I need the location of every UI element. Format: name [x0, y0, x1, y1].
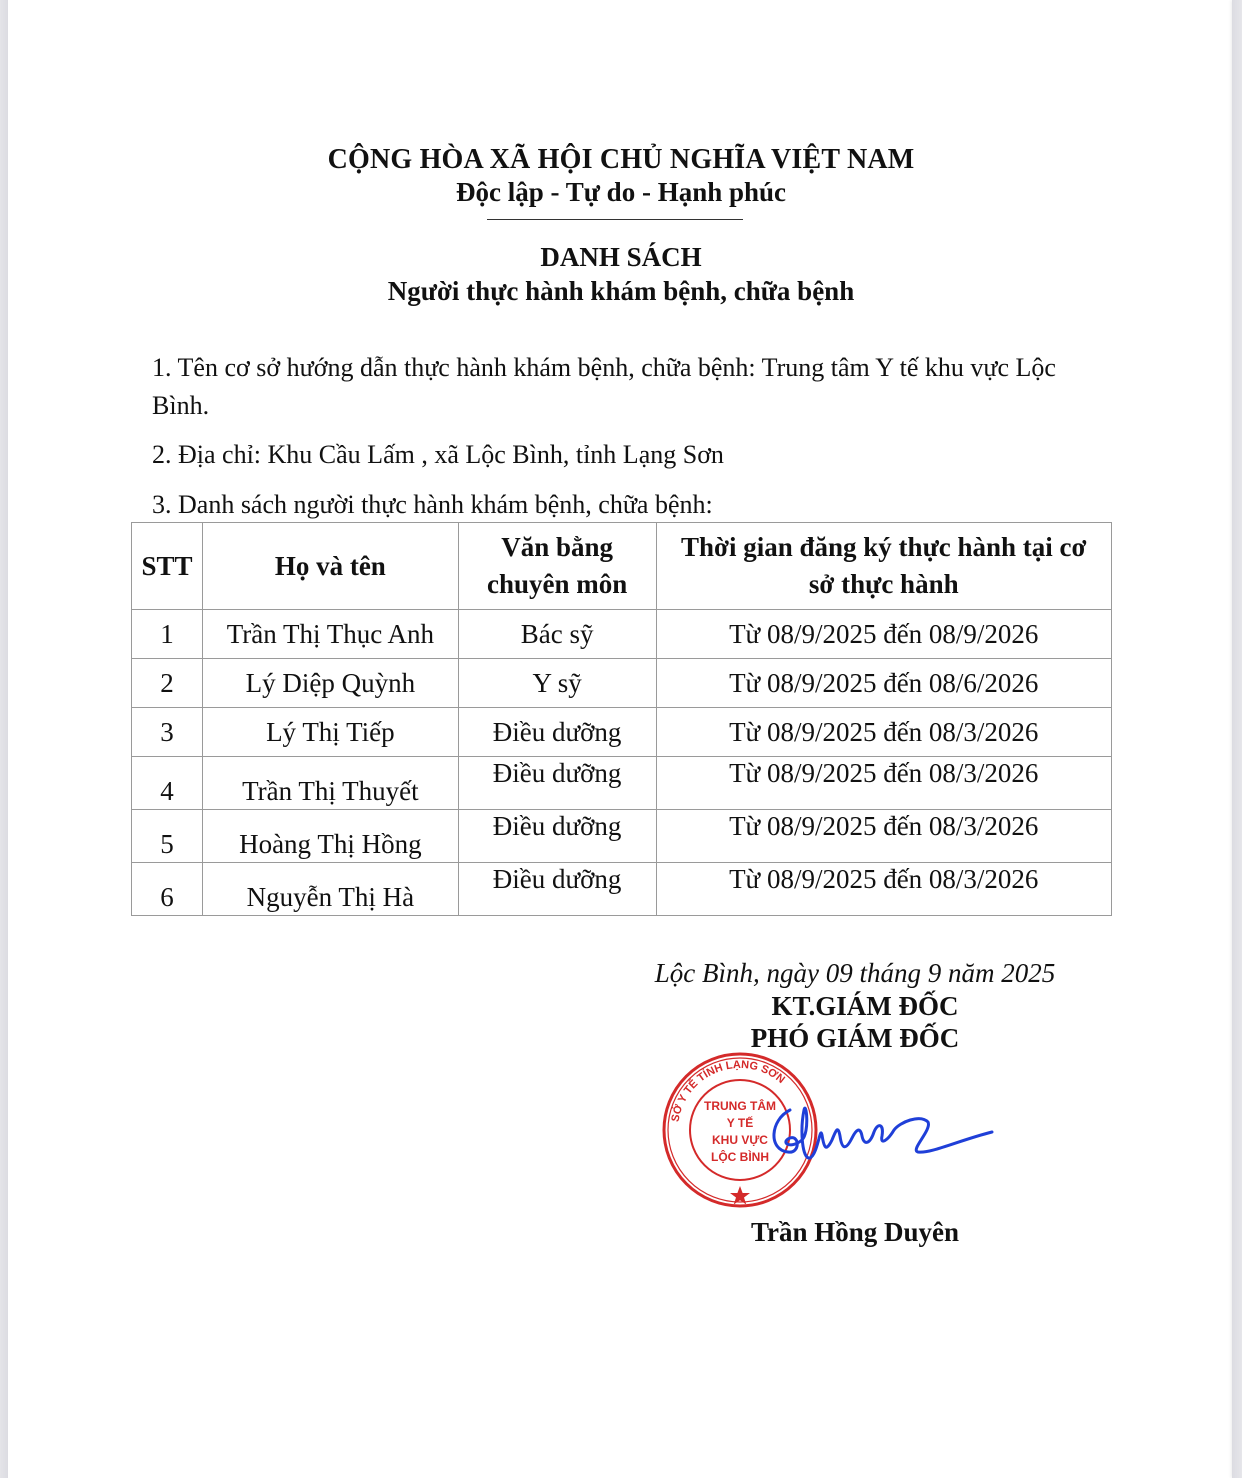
cell-period: Từ 08/9/2025 đến 08/3/2026: [656, 863, 1111, 916]
cell-degree: Điều dưỡng: [458, 810, 656, 863]
cell-name: Nguyễn Thị Hà: [202, 863, 458, 916]
address-paragraph: 2. Địa chỉ: Khu Cầu Lấm , xã Lộc Bình, t…: [152, 436, 1092, 474]
viewer-gutter-left: [0, 0, 8, 1478]
header-period-line1: Thời gian đăng ký thực hành tại cơ: [681, 532, 1086, 562]
list-intro-paragraph: 3. Danh sách người thực hành khám bệnh, …: [152, 486, 1092, 524]
cell-stt: 2: [132, 659, 203, 708]
cell-period: Từ 08/9/2025 đến 08/6/2026: [656, 659, 1111, 708]
table-header-row: STT Họ và tên Văn bằng chuyên môn Thời g…: [132, 523, 1112, 610]
national-motto: Độc lập - Tự do - Hạnh phúc: [0, 177, 1242, 208]
cell-degree: Y sỹ: [458, 659, 656, 708]
cell-period: Từ 08/9/2025 đến 08/3/2026: [656, 708, 1111, 757]
facility-paragraph: 1. Tên cơ sở hướng dẫn thực hành khám bệ…: [152, 349, 1092, 425]
viewer-gutter-right: [1232, 0, 1242, 1478]
cell-stt: 4: [132, 757, 203, 810]
national-title: CỘNG HÒA XÃ HỘI CHỦ NGHĨA VIỆT NAM: [0, 144, 1242, 176]
cell-name: Lý Diệp Quỳnh: [202, 659, 458, 708]
table-row: 1 Trần Thị Thục Anh Bác sỹ Từ 08/9/2025 …: [132, 610, 1112, 659]
document-subtitle: Người thực hành khám bệnh, chữa bệnh: [0, 276, 1242, 307]
svg-text:Y TẾ: Y TẾ: [727, 1115, 753, 1130]
header-period: Thời gian đăng ký thực hành tại cơ sở th…: [656, 523, 1111, 610]
cell-degree: Điều dưỡng: [458, 757, 656, 810]
header-name: Họ và tên: [202, 523, 458, 610]
cell-name: Trần Thị Thục Anh: [202, 610, 458, 659]
cell-degree: Điều dưỡng: [458, 863, 656, 916]
cell-degree: Bác sỹ: [458, 610, 656, 659]
signer-name: Trần Hồng Duyên: [630, 1217, 1080, 1248]
signer-role-line1: KT.GIÁM ĐỐC: [640, 991, 1090, 1022]
cell-period: Từ 08/9/2025 đến 08/3/2026: [656, 757, 1111, 810]
header-degree: Văn bằng chuyên môn: [458, 523, 656, 610]
practitioner-table: STT Họ và tên Văn bằng chuyên môn Thời g…: [131, 522, 1112, 916]
cell-stt: 6: [132, 863, 203, 916]
cell-stt: 5: [132, 810, 203, 863]
header-stt: STT: [132, 523, 203, 610]
cell-name: Lý Thị Tiếp: [202, 708, 458, 757]
cell-period: Từ 08/9/2025 đến 08/3/2026: [656, 810, 1111, 863]
cell-period: Từ 08/9/2025 đến 08/9/2026: [656, 610, 1111, 659]
cell-degree: Điều dưỡng: [458, 708, 656, 757]
table-row: 2 Lý Diệp Quỳnh Y sỹ Từ 08/9/2025 đến 08…: [132, 659, 1112, 708]
cell-stt: 1: [132, 610, 203, 659]
motto-underline: [487, 219, 743, 220]
cell-name: Hoàng Thị Hồng: [202, 810, 458, 863]
document-title: DANH SÁCH: [0, 242, 1242, 273]
cell-name: Trần Thị Thuyết: [202, 757, 458, 810]
handwritten-signature-icon: [760, 1080, 1000, 1180]
table-row: 6 Nguyễn Thị Hà Điều dưỡng Từ 08/9/2025 …: [132, 863, 1112, 916]
header-period-line2: sở thực hành: [809, 569, 959, 599]
table-row: 3 Lý Thị Tiếp Điều dưỡng Từ 08/9/2025 đế…: [132, 708, 1112, 757]
cell-stt: 3: [132, 708, 203, 757]
table-row: 5 Hoàng Thị Hồng Điều dưỡng Từ 08/9/2025…: [132, 810, 1112, 863]
place-and-date: Lộc Bình, ngày 09 tháng 9 năm 2025: [620, 958, 1090, 989]
header-degree-line1: Văn bằng: [501, 532, 613, 562]
header-degree-line2: chuyên môn: [487, 569, 627, 599]
table-row: 4 Trần Thị Thuyết Điều dưỡng Từ 08/9/202…: [132, 757, 1112, 810]
